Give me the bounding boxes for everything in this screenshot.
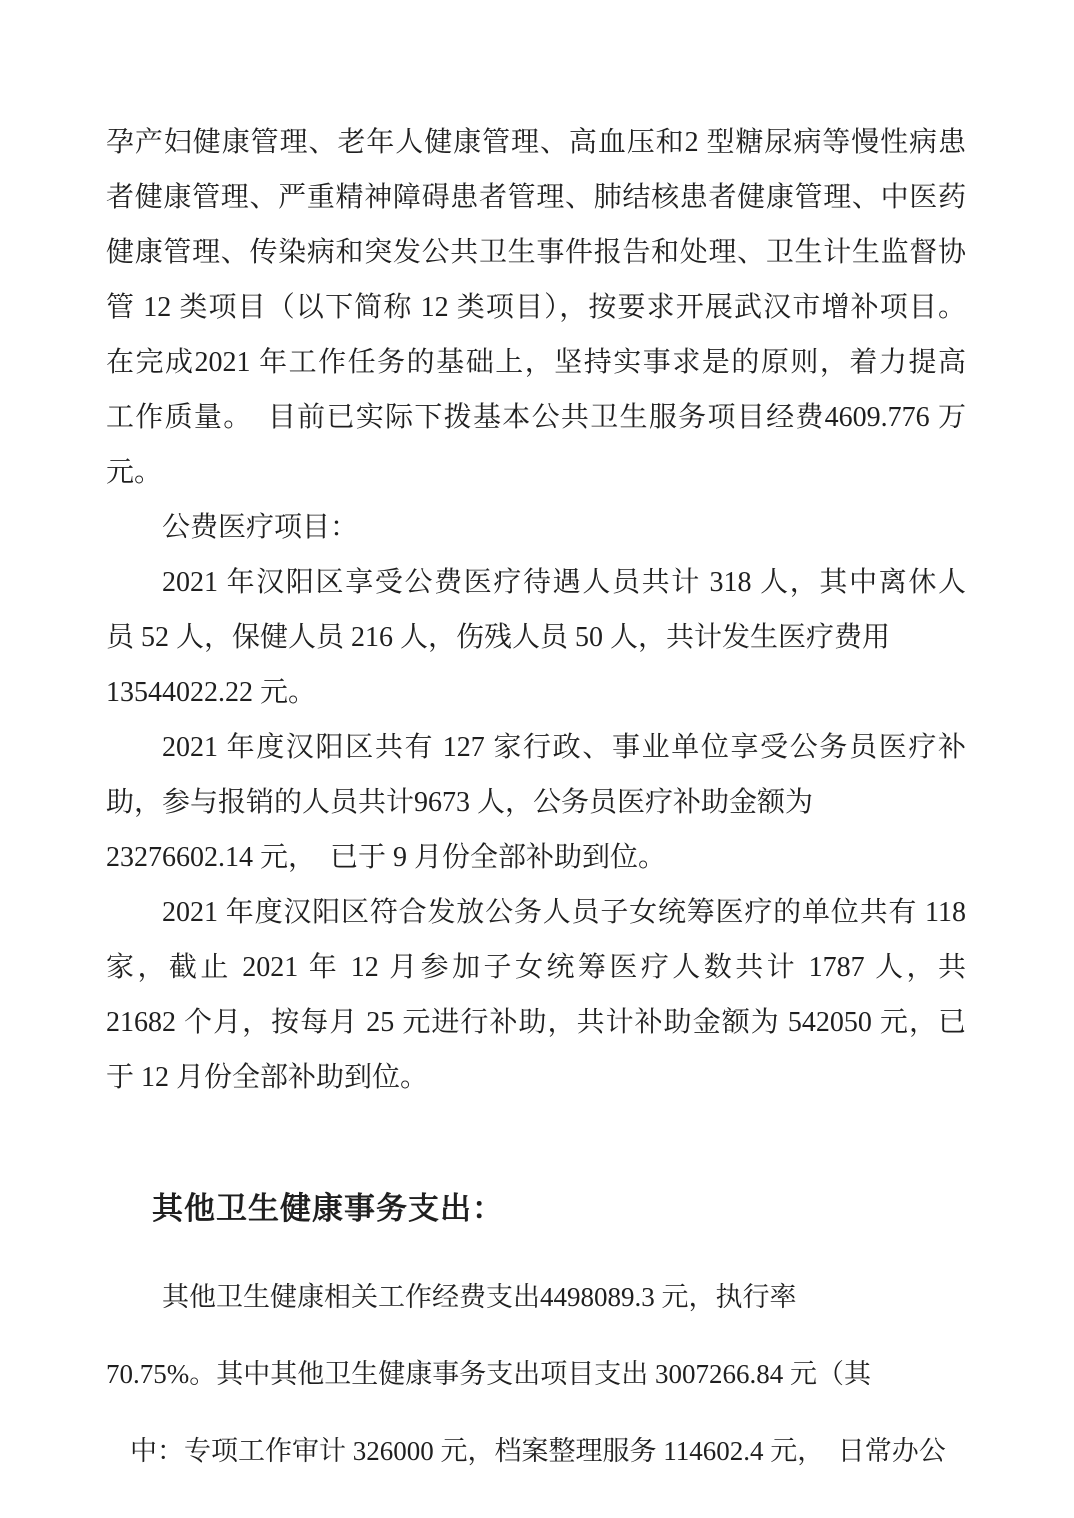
text-line: 助，参与报销的人员共计9673 人，公务员医疗补助金额为	[106, 775, 966, 830]
text-line: 23276602.14 元， 已于 9 月份全部补助到位。	[106, 830, 966, 885]
document-page: 孕产妇健康管理、老年人健康管理、高血压和2 型糖尿病等慢性病患者健康管理、严重精…	[0, 0, 1074, 1518]
text-line: 元。	[106, 445, 966, 500]
paragraph: 2021 年度汉阳区共有 127 家行政、事业单位享受公务员医疗补助，参与报销的…	[106, 720, 966, 885]
text-line: 公费医疗项目：	[106, 500, 966, 555]
text-line: 者健康管理、严重精神障碍患者管理、肺结核患者健康管理、中医药	[106, 170, 966, 225]
text-line: 于 12 月份全部补助到位。	[106, 1050, 966, 1105]
text-line: 其他卫生健康相关工作经费支出4498089.3 元，执行率	[106, 1259, 966, 1336]
text-line: 2021 年度汉阳区符合发放公务人员子女统筹医疗的单位共有 118	[106, 885, 966, 940]
text-line: 工作质量。 目前已实际下拨基本公共卫生服务项目经费4609.776 万	[106, 390, 966, 445]
text-line: 员 52 人，保健人员 216 人，伤残人员 50 人，共计发生医疗费用	[106, 610, 966, 665]
text-line: 70.75%。其中其他卫生健康事务支出项目支出 3007266.84 元（其	[106, 1336, 966, 1413]
text-line: 健康管理、传染病和突发公共卫生事件报告和处理、卫生计生监督协	[106, 225, 966, 280]
text-line: 在完成2021 年工作任务的基础上，坚持实事求是的原则，着力提高	[106, 335, 966, 390]
text-line: 中：专项工作审计 326000 元，档案整理服务 114602.4 元， 日常办…	[106, 1413, 966, 1490]
paragraph: 公费医疗项目：	[106, 500, 966, 555]
document-body: 孕产妇健康管理、老年人健康管理、高血压和2 型糖尿病等慢性病患者健康管理、严重精…	[106, 115, 966, 1490]
text-line: 13544022.22 元。	[106, 665, 966, 720]
text-line: 2021 年汉阳区享受公费医疗待遇人员共计 318 人，其中离休人	[106, 555, 966, 610]
text-line: 孕产妇健康管理、老年人健康管理、高血压和2 型糖尿病等慢性病患	[106, 115, 966, 170]
section-heading: 其他卫生健康事务支出：	[106, 1181, 966, 1237]
heading-text-line: 其他卫生健康事务支出：	[106, 1181, 966, 1237]
text-line: 家，截止 2021 年 12 月参加子女统筹医疗人数共计 1787 人，共	[106, 940, 966, 995]
paragraph: 2021 年度汉阳区符合发放公务人员子女统筹医疗的单位共有 118家，截止 20…	[106, 885, 966, 1105]
text-line: 管 12 类项目（以下简称 12 类项目），按要求开展武汉市增补项目。	[106, 280, 966, 335]
paragraph: 2021 年汉阳区享受公费医疗待遇人员共计 318 人，其中离休人员 52 人，…	[106, 555, 966, 720]
paragraph: 其他卫生健康相关工作经费支出4498089.3 元，执行率70.75%。其中其他…	[106, 1259, 966, 1490]
paragraph: 孕产妇健康管理、老年人健康管理、高血压和2 型糖尿病等慢性病患者健康管理、严重精…	[106, 115, 966, 500]
text-line: 21682 个月，按每月 25 元进行补助，共计补助金额为 542050 元，已	[106, 995, 966, 1050]
text-line: 2021 年度汉阳区共有 127 家行政、事业单位享受公务员医疗补	[106, 720, 966, 775]
